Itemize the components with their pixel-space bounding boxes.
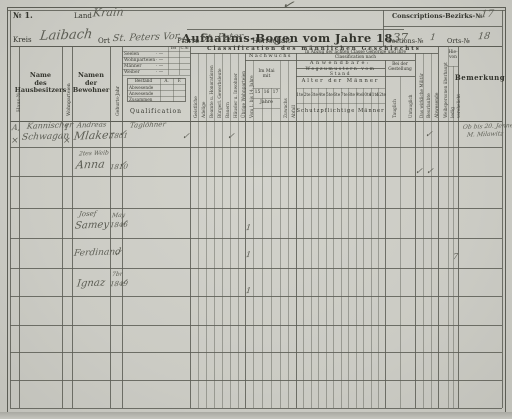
age-class-cell-1te: 1te <box>296 88 303 103</box>
grid-vline <box>502 10 503 408</box>
col-label-v1: Geistliche <box>195 96 199 118</box>
grid-vline <box>341 88 342 408</box>
military-note: In Abzug der achten Classe Gehörige und … <box>296 52 415 60</box>
schutzpflichtige-label: Schutzpflichtige Männer <box>296 103 385 121</box>
grid-hline <box>10 296 502 297</box>
grid-hline <box>253 108 280 109</box>
col-label-nwB: Abfall <box>293 105 297 118</box>
nachwuchs-mid: Im Mai mit <box>253 60 280 88</box>
col-label-nw1: Vom 1. bis 14. Jahre <box>250 75 254 118</box>
nachwuchs-jahre: Jahre <box>253 98 280 108</box>
grid-vline <box>62 46 63 408</box>
handwritten-entry-bewohner-r1-16: 2tes Weib <box>78 149 109 157</box>
handwritten-entry-m2-r1-21: ✓ <box>425 167 434 177</box>
grid-vline <box>7 7 8 413</box>
col-label-v2: Adelige <box>203 102 207 118</box>
page-bottom-edge <box>0 412 512 419</box>
handwritten-entry-bewohner-r5-32: Ignaz <box>76 278 106 290</box>
grid-hline <box>10 325 502 326</box>
orts-value-handwritten: 18 <box>477 31 491 42</box>
col-label-v6: Häusler u. Inwohner <box>235 73 239 118</box>
handwritten-entry-bem-r0-15: M. Milawitz <box>466 130 503 138</box>
wegzumustern-label: Wegzumustern vom Stand <box>296 68 385 76</box>
handwritten-entry-qual-r0-11: ✓ <box>181 132 190 142</box>
gestellung-header: Bei der Gestellung <box>385 60 415 76</box>
handwritten-entry-hausnr-r0-1: × <box>10 136 19 146</box>
handwritten-entry-m2-r0-13: ✓ <box>424 130 433 140</box>
col-label-partei: Wohnparteien <box>68 83 73 116</box>
age-class-cell-2te: 2te <box>303 88 310 103</box>
grid-hline <box>10 208 502 209</box>
grid-hline <box>10 380 502 381</box>
bemerkung-header: Bemerkung <box>458 46 502 121</box>
grid-vline <box>10 10 11 408</box>
land-label: Land <box>74 13 92 20</box>
handwritten-entry-qual-r0-10: Taglöhner <box>129 120 166 129</box>
col-header-hausbesitzer: Name des Hausbesitzers <box>19 46 62 121</box>
kreis-value-handwritten: Laibach <box>39 27 93 44</box>
grid-vline <box>400 76 401 408</box>
qualbox-head-ist: Ist <box>168 46 179 51</box>
nachwuchs-age-cell-15: 15 <box>253 88 262 98</box>
col-label-v7: Übrige Wohnparteien <box>243 71 247 118</box>
grid-vline <box>333 88 334 408</box>
grid-vline <box>383 10 384 46</box>
handwritten-entry-m1-r1-20: ✓ <box>414 167 423 177</box>
grid-vline <box>311 88 312 408</box>
nachwuchs-age-cell-16: 16 <box>262 88 271 98</box>
sections-label: Sections-№ <box>387 38 423 45</box>
handwritten-entry-geburt-r0-9: ✓ <box>118 129 127 139</box>
qualbox-head-cnr: C.№ <box>179 46 190 51</box>
nachwuchs-header: Nachwuchs <box>245 53 296 60</box>
col-label-sg2: Untauglich <box>409 94 413 118</box>
col-label-nwA: Zuwachs <box>285 98 289 118</box>
grid-vline <box>348 88 349 408</box>
grid-hline <box>7 7 506 8</box>
handwritten-entry-v5-r0-12: ✓ <box>226 132 235 142</box>
handwritten-entry-bewohner-r1-17: Anna <box>75 158 105 172</box>
pfarre-value-handwritten: St. Peter <box>200 31 244 43</box>
handwritten-entry-geburt-r1-19: ✓ <box>118 160 127 170</box>
women-group-header: Hie- von <box>448 46 458 66</box>
col-label-w0: Weibspersonen überhaupt <box>444 62 448 118</box>
grid-vline <box>378 88 379 408</box>
handwritten-entry-bewohner-r3-22: Josef <box>78 210 96 219</box>
grid-hline <box>122 75 190 76</box>
grid-vline <box>505 7 506 413</box>
grid-hline <box>10 352 502 353</box>
col-label-m2: Beurlaubte <box>428 93 432 118</box>
age-class-cell-12te: 12te <box>378 88 385 103</box>
age-class-cell-6te: 6te <box>333 88 340 103</box>
grid-hline <box>187 29 404 30</box>
grid-hline <box>10 268 502 269</box>
orts-label: Orts-№ <box>447 38 470 45</box>
scanned-census-form: № 1. Land Krain ✓ Aufnahms-Bogen vom Jah… <box>0 0 512 419</box>
grid-vline <box>415 53 416 408</box>
col-label-v5: Bauern <box>227 102 231 118</box>
col-label-v4: Bürgerl. Gewerbsleute <box>219 68 223 118</box>
grid-hline <box>448 66 458 67</box>
qualbox-row-dash-Weiber: · — <box>156 69 166 75</box>
grid-vline <box>262 88 263 408</box>
grid-vline <box>385 60 386 408</box>
grid-vline <box>173 78 174 102</box>
sheet-number: № 1. <box>13 11 33 19</box>
grid-vline <box>371 88 372 408</box>
grid-vline <box>326 88 327 408</box>
handwritten-entry-geburt-r5-35: ✓ <box>119 278 128 288</box>
handwritten-entry-partei-r0-5: × <box>62 136 71 146</box>
handwritten-entry-geburt-r3-26: ✓ <box>119 219 128 229</box>
col-label-v3: Beamte u. Honoratioren <box>211 65 215 118</box>
kreis-label: Kreis <box>13 37 32 44</box>
qualification-label: Qualification <box>122 104 190 120</box>
col-label-w2: verehelicht <box>457 94 461 118</box>
handwritten-entry-hausnr-r0-0: A, <box>11 123 20 132</box>
ort-label: Ort <box>98 38 110 45</box>
grid-vline <box>190 46 191 408</box>
grid-hline <box>7 10 506 11</box>
age-class-cell-5te: 5te <box>326 88 333 103</box>
age-class-cell-4te: 4te <box>318 88 325 103</box>
age-class-cell-8te: 8te <box>348 88 355 103</box>
handwritten-entry-bewohner-r3-23: Samey <box>74 219 109 231</box>
nachwuchs-age-cell-17: 17 <box>271 88 280 98</box>
bestand-row-Zusammen: Zusammen <box>129 96 159 102</box>
grid-vline <box>318 88 319 408</box>
grid-vline <box>280 60 281 408</box>
grid-hline <box>10 147 502 148</box>
col-header-bewohner: Namen der Bewohner <box>72 46 110 121</box>
handwritten-entry-geburt-r5-33: 7br <box>112 271 123 278</box>
grid-vline <box>356 88 357 408</box>
col-label-sg1: Tauglich <box>394 99 398 118</box>
age-class-cell-7te: 7te <box>341 88 348 103</box>
handwritten-entry-geburt-r4-29: ✓ <box>113 249 122 259</box>
col-label-hausnr: Haus-№ <box>17 92 22 112</box>
col-label-m1: Das wirkliche Militär <box>420 73 424 118</box>
grid-hline <box>383 26 502 27</box>
grid-hline <box>10 408 502 409</box>
alter-der-maenner-label: Alter der Männer <box>296 76 385 88</box>
handwritten-entry-bewohner-r0-7: Mlaker <box>73 128 115 142</box>
grid-vline <box>271 88 272 408</box>
conscription-district-label: Conscriptions-Bezirks-№ <box>392 13 482 20</box>
grid-hline <box>10 238 502 239</box>
grid-vline <box>160 78 161 102</box>
age-class-cell-3te: 3te <box>311 88 318 103</box>
col-label-m3: Abwesende <box>436 93 440 118</box>
grid-vline <box>363 88 364 408</box>
grid-vline <box>303 88 304 408</box>
